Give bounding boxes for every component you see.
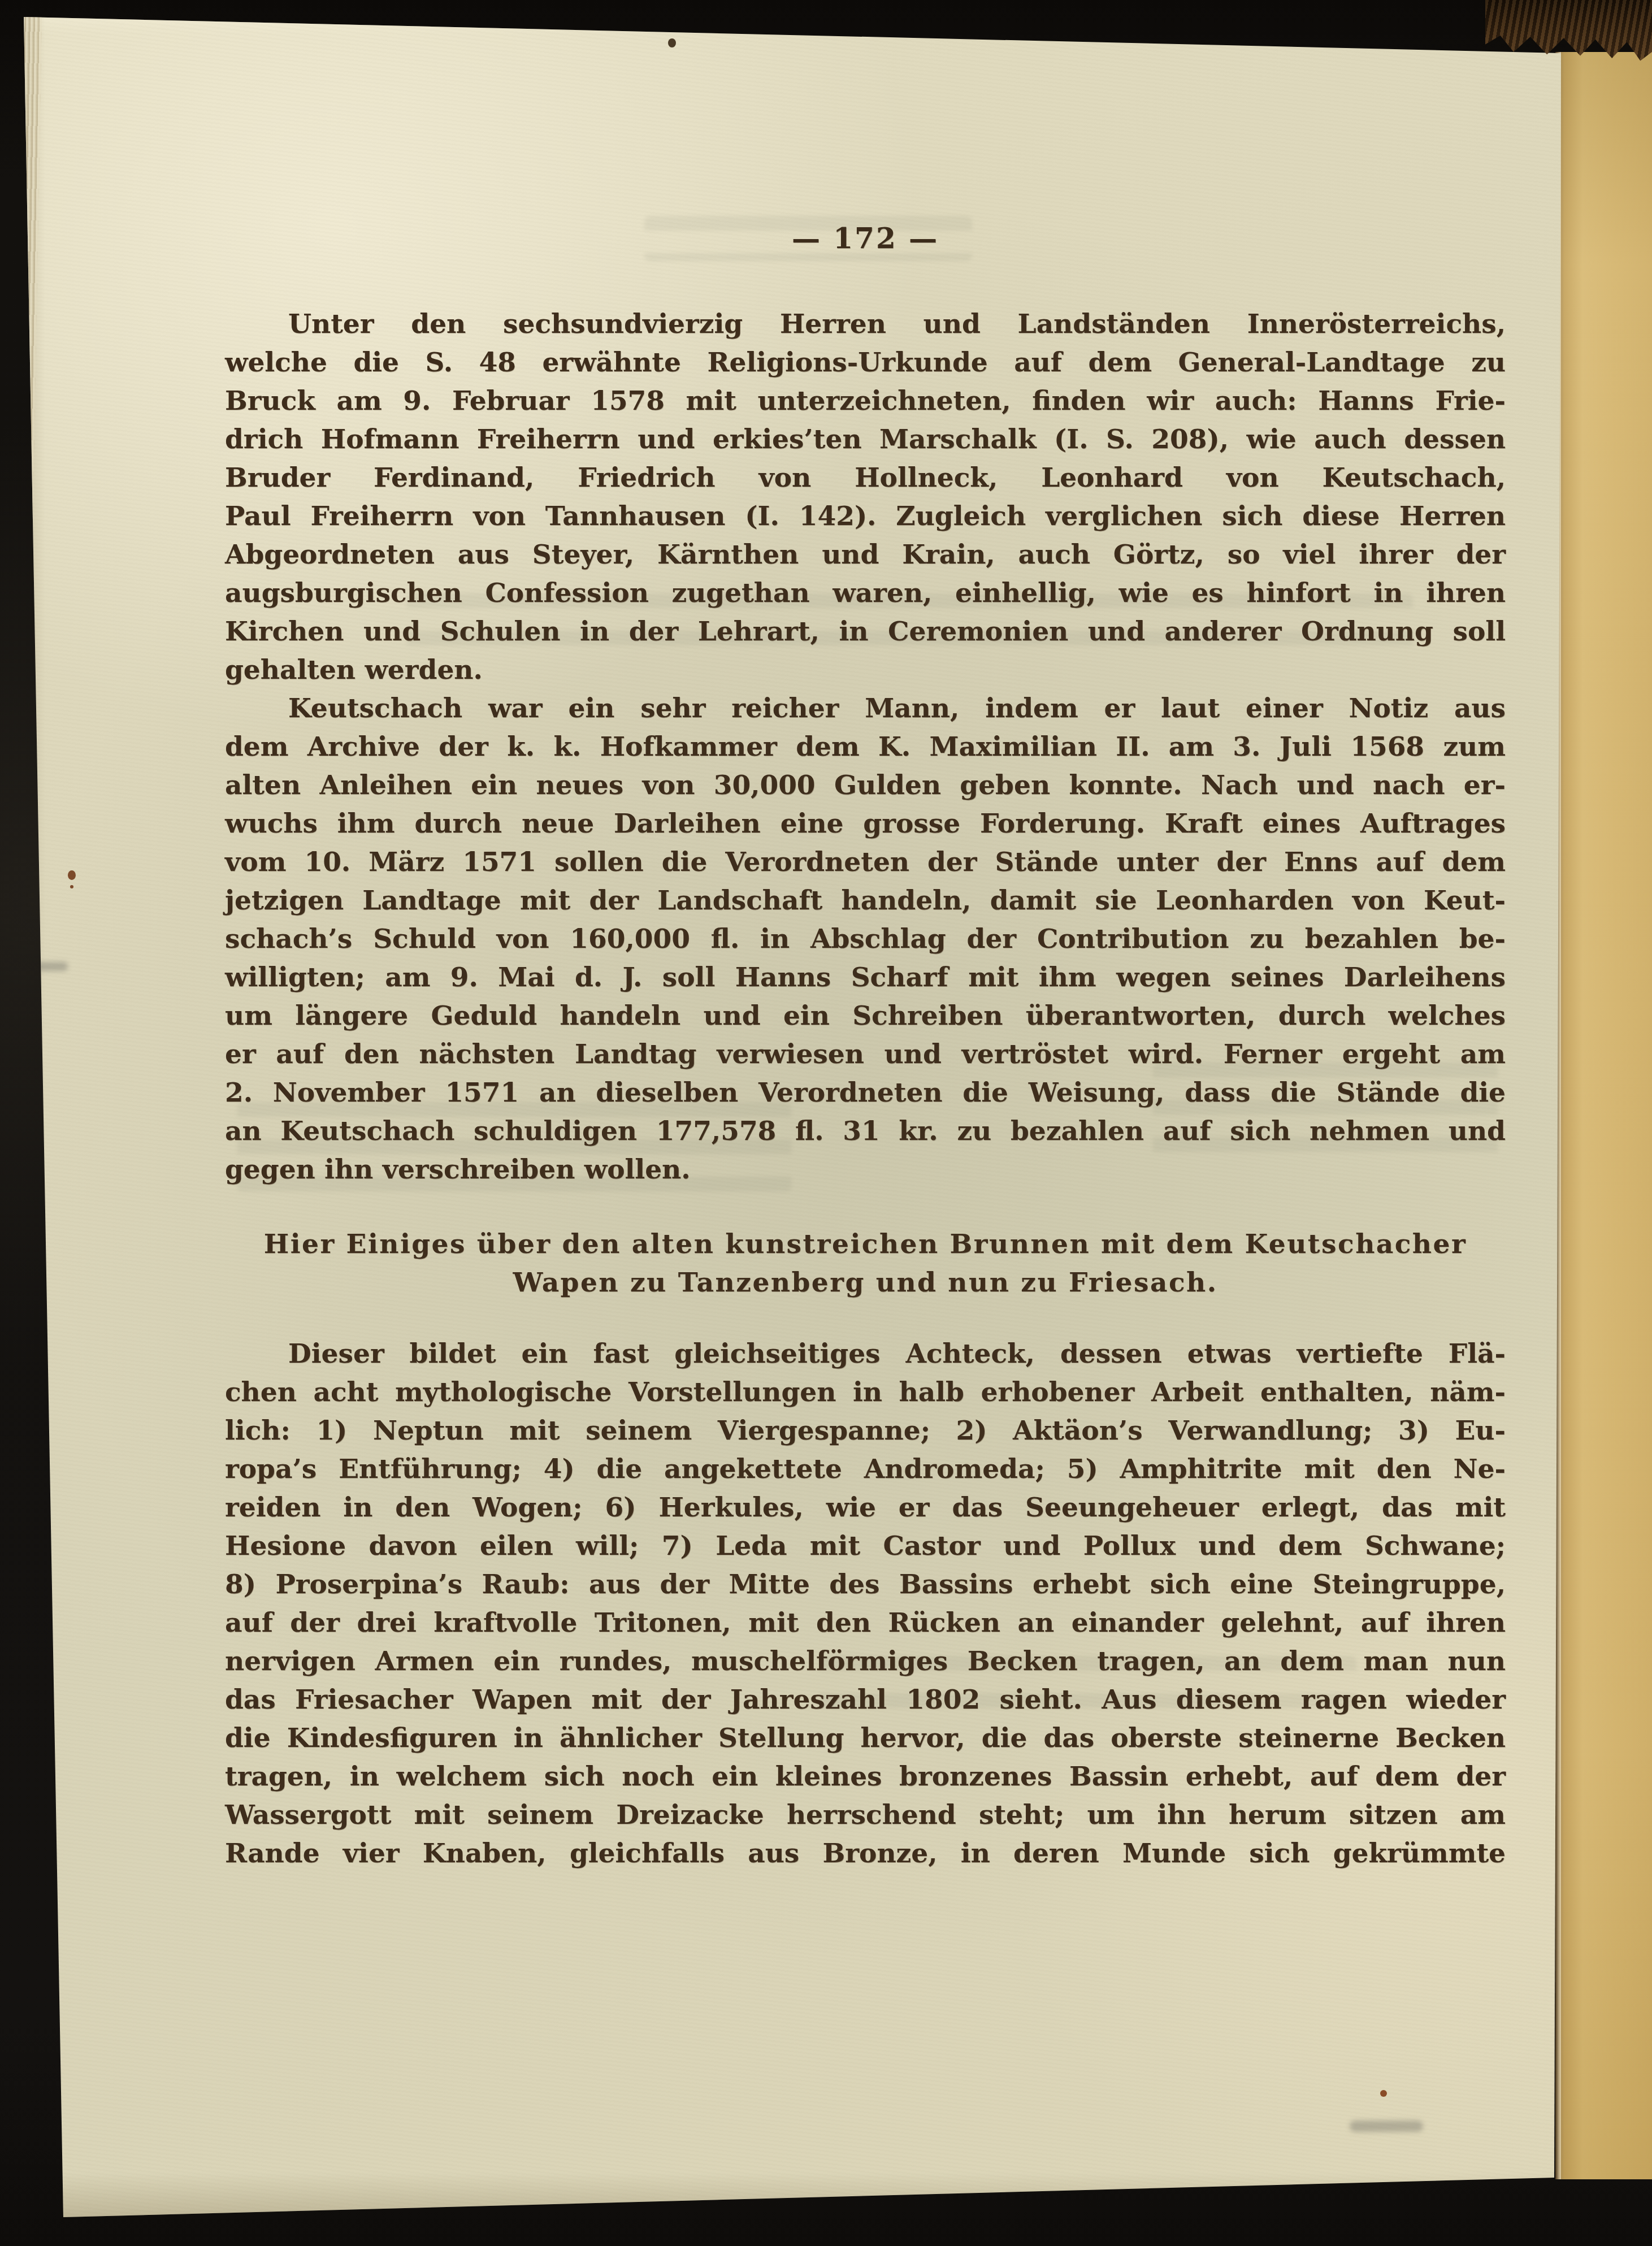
text-line: Hesione davon eilen will; 7) Leda mit Ca…: [225, 1527, 1506, 1566]
text-line: Dieser bildet ein fast gleichseitiges Ac…: [225, 1335, 1506, 1373]
book-scan: — 172 — Unter den sechsundvierzig Herren…: [0, 0, 1652, 2246]
text-line: wuchs ihm durch neue Darleihen eine gros…: [225, 805, 1506, 843]
text-block: Unter den sechsundvierzig Herren und Lan…: [225, 305, 1506, 1873]
text-line: vom 10. März 1571 sollen die Verordneten…: [225, 843, 1506, 882]
text-line: er auf den nächsten Landtag verwiesen un…: [225, 1035, 1506, 1074]
text-line: nervigen Armen ein rundes, muschelförmig…: [225, 1642, 1506, 1681]
text-line: augsburgischen Confession zugethan waren…: [225, 574, 1506, 613]
text-line: gehalten werden.: [225, 651, 1506, 690]
pencil-smudge: [1350, 2121, 1423, 2132]
text-line: schach’s Schuld von 160,000 fl. in Absch…: [225, 920, 1506, 959]
text-line: alten Anleihen ein neues von 30,000 Guld…: [225, 766, 1506, 805]
ink-speck: [68, 870, 76, 880]
text-line: Wassergott mit seinem Dreizacke herrsche…: [225, 1796, 1506, 1835]
text-line: drich Hofmann Freiherrn und erkies’ten M…: [225, 420, 1506, 459]
text-line: willigten; am 9. Mai d. J. soll Hanns Sc…: [225, 959, 1506, 997]
page-number: — 172 —: [225, 222, 1506, 255]
text-line: 8) Proserpina’s Raub: aus der Mitte des …: [225, 1566, 1506, 1604]
text-line: 2. November 1571 an dieselben Verordnete…: [225, 1074, 1506, 1112]
text-line: reiden in den Wogen; 6) Herkules, wie er…: [225, 1489, 1506, 1527]
text-line: gegen ihn verschreiben wollen.: [225, 1151, 1506, 1189]
text-line: Wapen zu Tanzenberg und nun zu Friesach.: [225, 1264, 1506, 1302]
text-line: das Friesacher Wapen mit der Jahreszahl …: [225, 1681, 1506, 1719]
text-line: um längere Geduld handeln und ein Schrei…: [225, 997, 1506, 1035]
ink-speck: [1380, 2090, 1387, 2097]
text-line: Bruck am 9. Februar 1578 mit unterzeichn…: [225, 382, 1506, 420]
paragraph-fountain-description: Dieser bildet ein fast gleichseitiges Ac…: [225, 1335, 1506, 1873]
text-line: chen acht mythologische Vorstellungen in…: [225, 1373, 1506, 1412]
text-line: Kirchen und Schulen in der Lehrart, in C…: [225, 613, 1506, 651]
text-line: tragen, in welchem sich noch ein kleines…: [225, 1758, 1506, 1796]
adjacent-page-edge: [1555, 52, 1652, 2179]
text-line: Abgeordneten aus Steyer, Kärnthen und Kr…: [225, 536, 1506, 574]
text-line: an Keutschach schuldigen 177,578 fl. 31 …: [225, 1112, 1506, 1151]
text-line: welche die S. 48 erwähnte Religions-Urku…: [225, 344, 1506, 382]
text-line: Bruder Ferdinand, Friedrich von Hollneck…: [225, 459, 1506, 497]
paragraph-keutschach-wealth: Keutschach war ein sehr reicher Mann, in…: [225, 690, 1506, 1189]
paragraph-signatories: Unter den sechsundvierzig Herren und Lan…: [225, 305, 1506, 690]
text-line: Keutschach war ein sehr reicher Mann, in…: [225, 690, 1506, 728]
section-heading-brunnen: Hier Einiges über den alten kunstreichen…: [225, 1225, 1506, 1302]
text-line: jetzigen Landtage mit der Landschaft han…: [225, 882, 1506, 920]
text-line: Rande vier Knaben, gleichfalls aus Bronz…: [225, 1835, 1506, 1873]
text-line: Hier Einiges über den alten kunstreichen…: [225, 1225, 1506, 1264]
text-line: lich: 1) Neptun mit seinem Viergespanne;…: [225, 1412, 1506, 1450]
text-line: Paul Freiherrn von Tannhausen (I. 142). …: [225, 497, 1506, 536]
ink-speck: [668, 38, 676, 47]
text-line: ropa’s Entführung; 4) die angekettete An…: [225, 1450, 1506, 1489]
text-line: die Kindesfiguren in ähnlicher Stellung …: [225, 1719, 1506, 1758]
text-line: auf der drei kraftvolle Tritonen, mit de…: [225, 1604, 1506, 1642]
text-line: dem Archive der k. k. Hofkammer dem K. M…: [225, 728, 1506, 766]
text-line: Unter den sechsundvierzig Herren und Lan…: [225, 305, 1506, 344]
ink-speck: [70, 885, 73, 888]
